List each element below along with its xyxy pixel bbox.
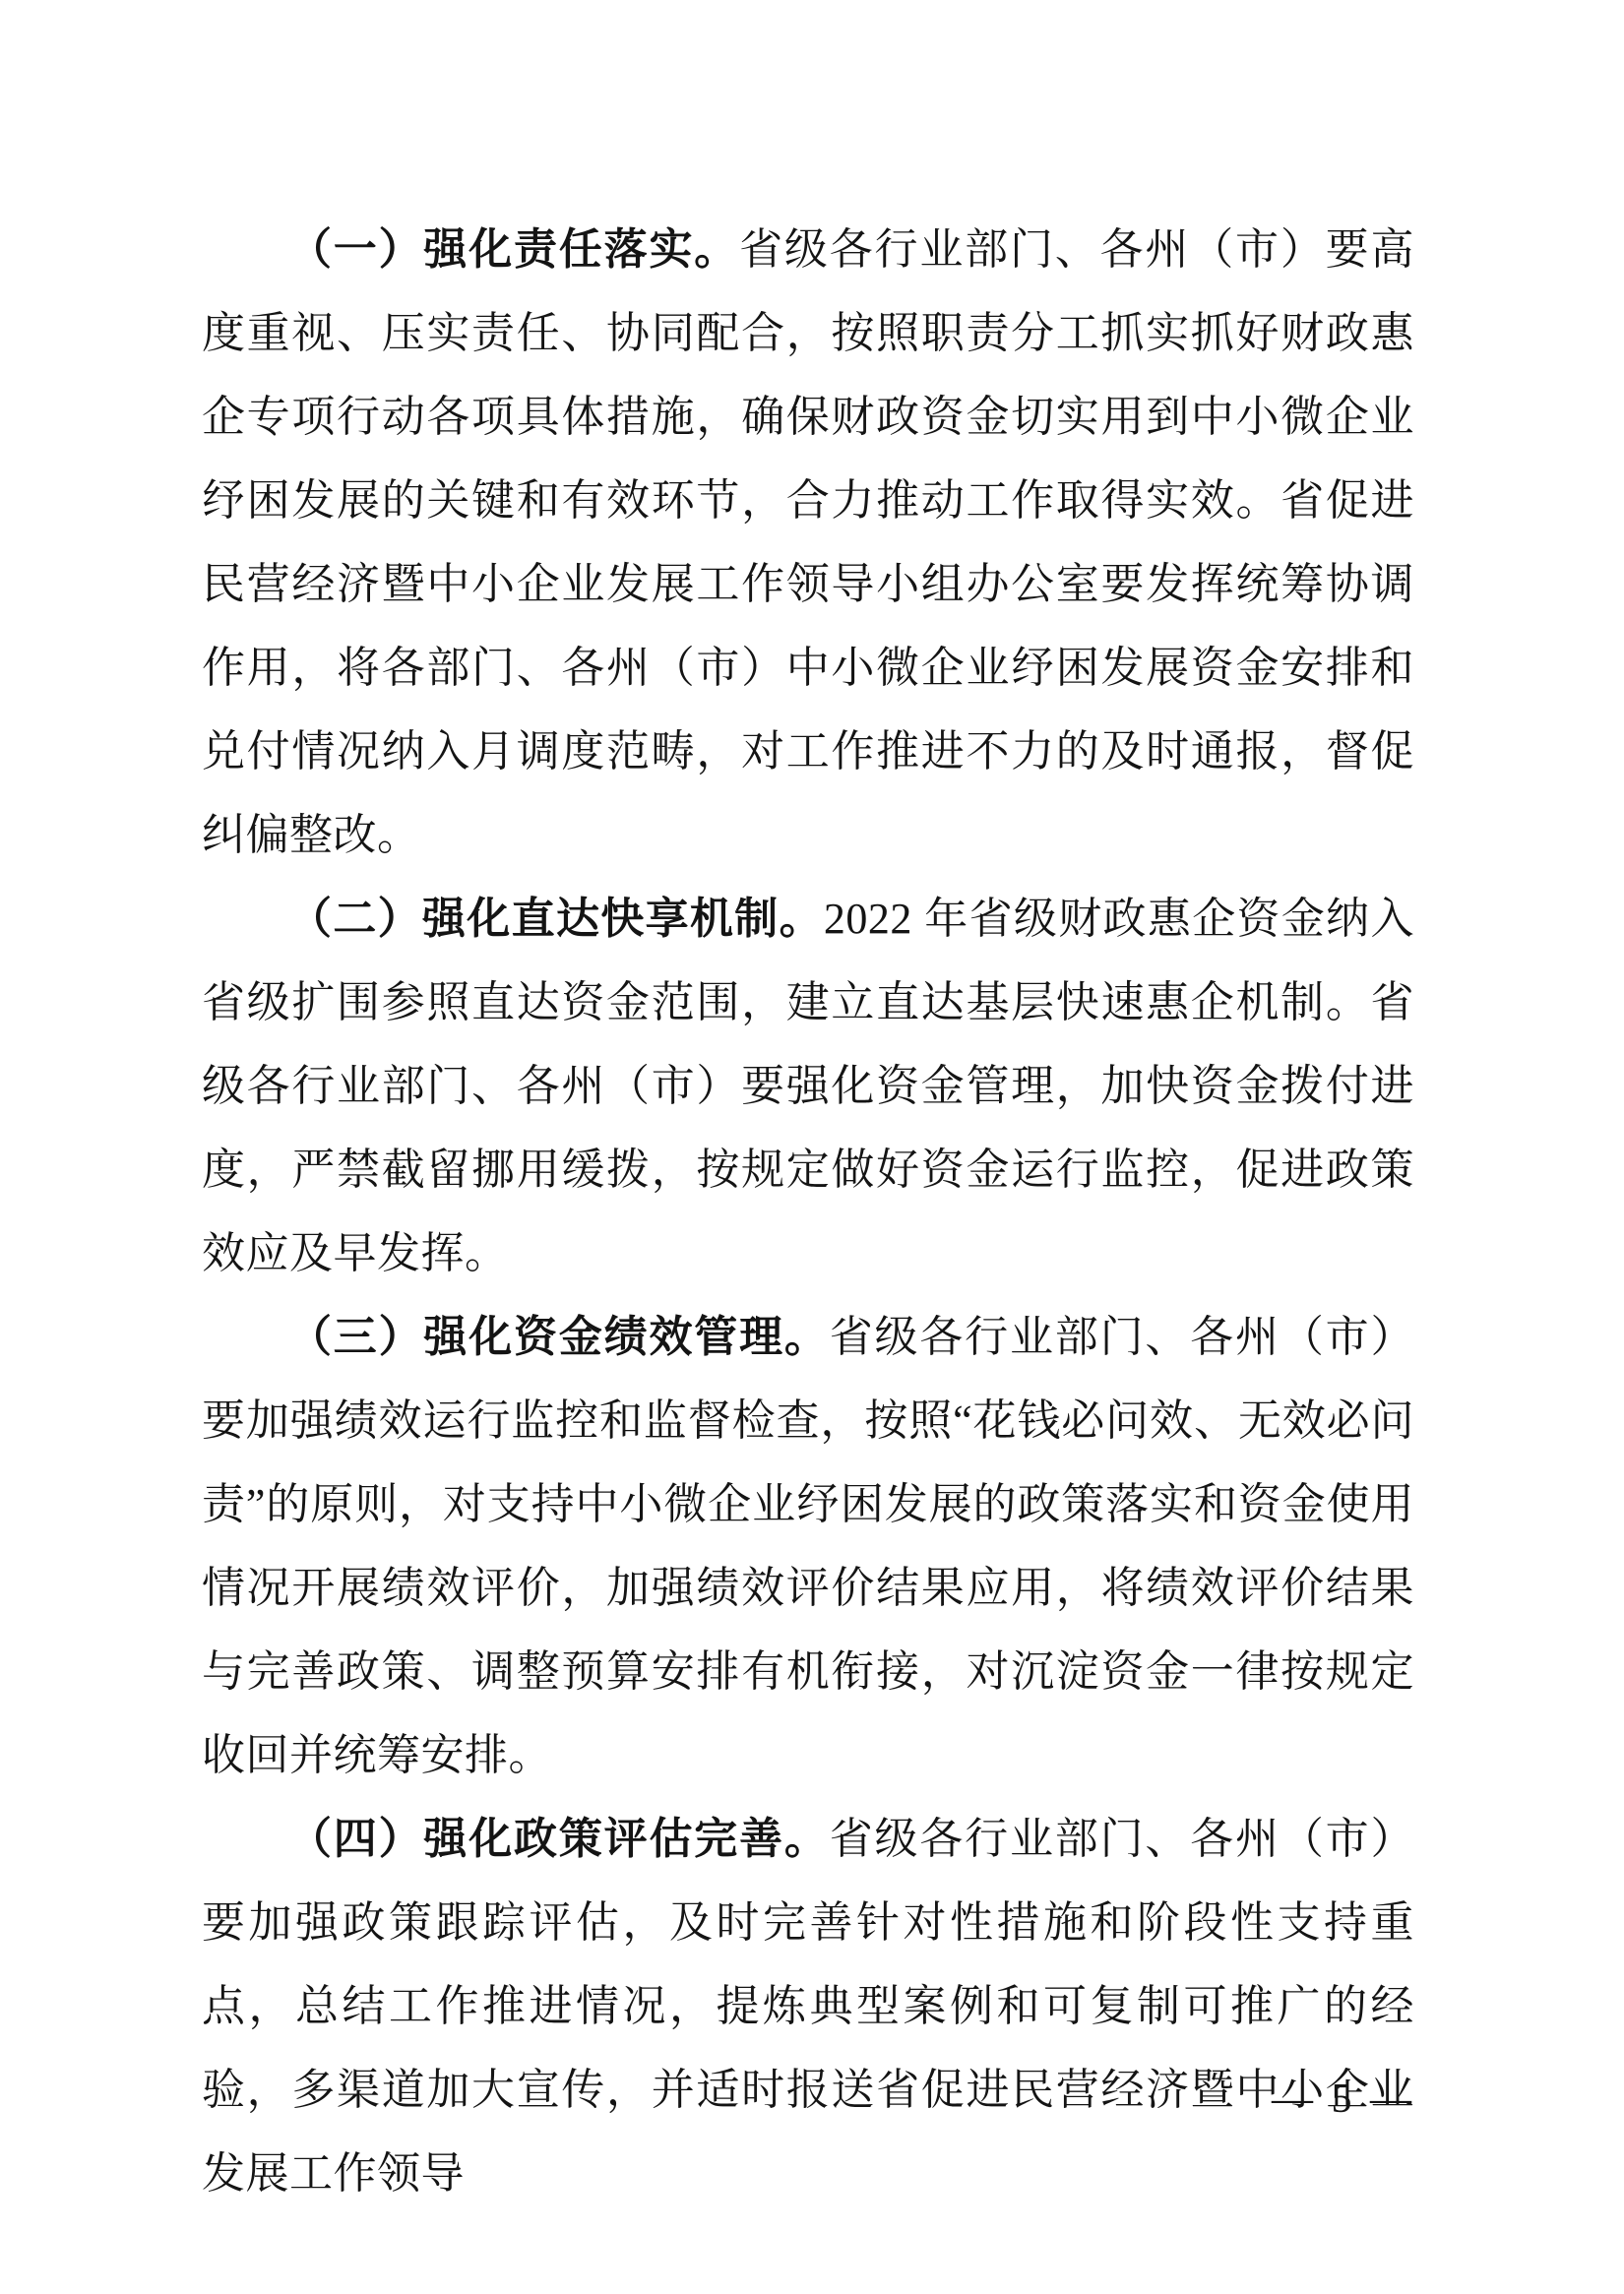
paragraph-performance-management: （三）强化资金绩效管理。省级各行业部门、各州（市）要加强绩效运行监控和监督检查，… — [202, 1295, 1414, 1797]
paragraph-responsibility-heading: （一）强化责任落实。 — [288, 225, 739, 274]
paragraph-direct-funding: （二）强化直达快享机制。2022 年省级财政惠企资金纳入省级扩围参照直达资金范围… — [202, 877, 1414, 1295]
paragraph-responsibility: （一）强化责任落实。省级各行业部门、各州（市）要高度重视、压实责任、协同配合，按… — [202, 208, 1414, 877]
paragraph-performance-management-text: 省级各行业部门、各州（市）要加强绩效运行监控和监督检查，按照“花钱必问效、无效必… — [202, 1313, 1414, 1779]
paragraph-direct-funding-heading: （二）强化直达快享机制。 — [288, 895, 824, 943]
paragraph-direct-funding-text: 2022 年省级财政惠企资金纳入省级扩围参照直达资金范围，建立直达基层快速惠企机… — [202, 895, 1414, 1277]
paragraph-policy-evaluation-text: 省级各行业部门、各州（市）要加强政策跟踪评估，及时完善针对性措施和阶段性支持重点… — [202, 1815, 1414, 2198]
paragraph-responsibility-text: 省级各行业部门、各州（市）要高度重视、压实责任、协同配合，按照职责分工抓实抓好财… — [202, 225, 1414, 859]
paragraph-performance-management-heading: （三）强化资金绩效管理。 — [288, 1313, 830, 1361]
paragraph-policy-evaluation: （四）强化政策评估完善。省级各行业部门、各州（市）要加强政策跟踪评估，及时完善针… — [202, 1797, 1414, 2215]
page-number: — 5 — — [1272, 2075, 1415, 2124]
document-page: （一）强化责任落实。省级各行业部门、各州（市）要高度重视、压实责任、协同配合，按… — [0, 0, 1624, 2294]
document-body: （一）强化责任落实。省级各行业部门、各州（市）要高度重视、压实责任、协同配合，按… — [202, 208, 1414, 2215]
paragraph-policy-evaluation-heading: （四）强化政策评估完善。 — [288, 1815, 830, 1863]
